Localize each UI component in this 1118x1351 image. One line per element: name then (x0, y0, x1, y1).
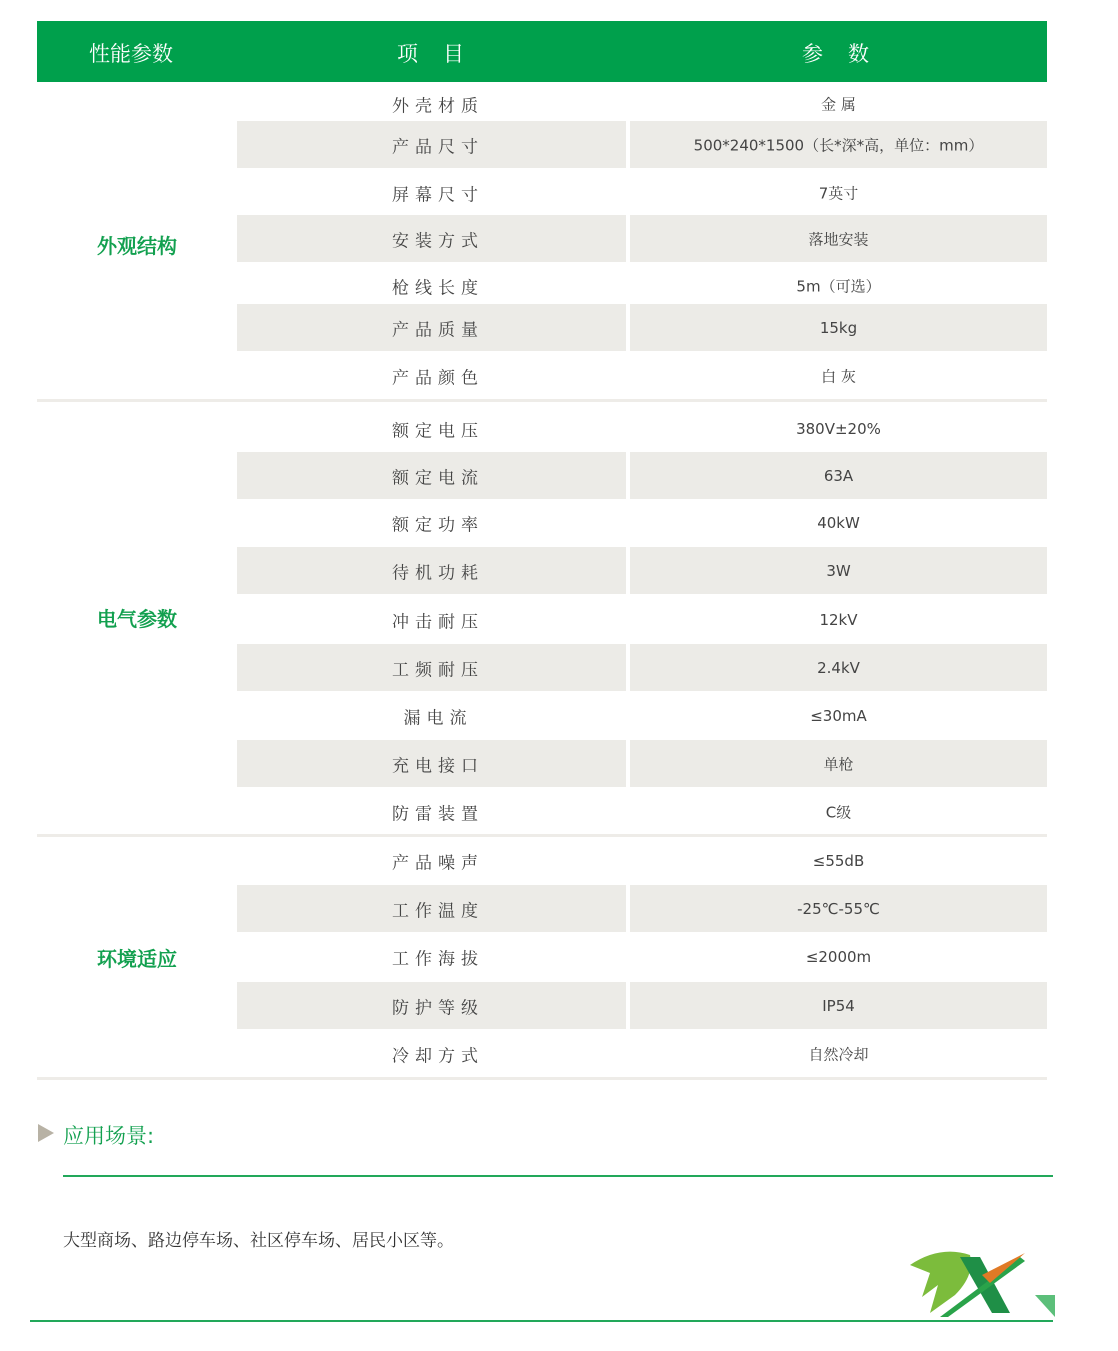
value-label: 2.4kV (630, 659, 1047, 677)
section-divider (37, 834, 1047, 837)
item-label: 屏幕尺寸 (237, 180, 639, 205)
value-label: C级 (630, 801, 1047, 822)
table-row: 产品颜色白 灰 (0, 352, 1118, 399)
item-label: 外壳材质 (237, 91, 639, 116)
item-label: 冷却方式 (237, 1041, 639, 1066)
section-divider (37, 399, 1047, 402)
item-label: 安装方式 (237, 226, 639, 251)
table-row: 防护等级IP54 (0, 982, 1118, 1029)
item-label: 防雷装置 (237, 799, 639, 824)
table-bottom-border (37, 1077, 1047, 1080)
table-row: 工频耐压2.4kV (0, 644, 1118, 691)
item-label: 额定电流 (237, 463, 639, 488)
value-label: 15kg (630, 319, 1047, 337)
item-label: 枪线长度 (237, 273, 639, 298)
value-label: 7英寸 (630, 182, 1047, 203)
value-label: -25℃-55℃ (630, 900, 1047, 918)
value-label: 5m（可选） (630, 275, 1047, 296)
header-category: 性能参数 (89, 38, 173, 68)
item-label: 工作温度 (237, 896, 639, 921)
value-label: 12kV (630, 611, 1047, 629)
value-label: 金 属 (630, 93, 1047, 114)
table-row: 工作温度-25℃-55℃ (0, 885, 1118, 932)
item-label: 产品颜色 (237, 363, 639, 388)
triangle-bullet-icon (38, 1124, 54, 1142)
category-environment: 环境适应 (37, 943, 237, 972)
item-label: 冲击耐压 (237, 607, 639, 632)
table-row: 额定电流63A (0, 452, 1118, 499)
dx-logo-icon (900, 1245, 1060, 1325)
table-row: 额定功率40kW (0, 499, 1118, 546)
item-label: 漏电流 (237, 703, 639, 728)
value-label: 63A (630, 467, 1047, 485)
value-label: 380V±20% (630, 420, 1047, 438)
scene-text: 大型商场、路边停车场、社区停车场、居民小区等。 (63, 1226, 454, 1251)
value-label: 自然冷却 (630, 1043, 1047, 1064)
category-electrical: 电气参数 (37, 603, 237, 632)
table-row: 外壳材质金 属 (0, 80, 1118, 127)
header-param: 参 数 (802, 38, 871, 68)
table-row: 额定电压380V±20% (0, 405, 1118, 452)
item-label: 额定功率 (237, 510, 639, 535)
value-label: 落地安装 (630, 228, 1047, 249)
value-label: 白 灰 (630, 365, 1047, 386)
table-row: 产品尺寸500*240*1500（长*深*高，单位：mm） (0, 121, 1118, 168)
scene-title: 应用场景: (63, 1120, 154, 1150)
item-label: 防护等级 (237, 993, 639, 1018)
footer-divider (30, 1320, 1053, 1322)
header-item: 项 目 (397, 38, 466, 68)
table-row: 产品质量15kg (0, 304, 1118, 351)
table-row: 产品噪声≤55dB (0, 837, 1118, 884)
value-label: 单枪 (630, 753, 1047, 774)
table-header: 性能参数 项 目 参 数 (37, 21, 1047, 82)
table-row: 屏幕尺寸7英寸 (0, 169, 1118, 216)
item-label: 待机功耗 (237, 558, 639, 583)
value-label: 3W (630, 562, 1047, 580)
item-label: 产品尺寸 (237, 132, 639, 157)
value-label: ≤30mA (630, 707, 1047, 725)
value-label: 40kW (630, 514, 1047, 532)
value-label: ≤2000m (630, 948, 1047, 966)
table-row: 防雷装置C级 (0, 788, 1118, 835)
item-label: 工频耐压 (237, 655, 639, 680)
table-row: 漏电流≤30mA (0, 692, 1118, 739)
value-label: 500*240*1500（长*深*高，单位：mm） (630, 134, 1047, 155)
value-label: IP54 (630, 997, 1047, 1015)
category-appearance: 外观结构 (37, 230, 237, 259)
table-row: 冷却方式自然冷却 (0, 1030, 1118, 1077)
table-row: 枪线长度5m（可选） (0, 262, 1118, 309)
item-label: 额定电压 (237, 416, 639, 441)
item-label: 产品质量 (237, 315, 639, 340)
item-label: 充电接口 (237, 751, 639, 776)
item-label: 产品噪声 (237, 848, 639, 873)
item-label: 工作海拔 (237, 944, 639, 969)
table-row: 充电接口单枪 (0, 740, 1118, 787)
scene-divider (63, 1175, 1053, 1177)
table-row: 待机功耗3W (0, 547, 1118, 594)
value-label: ≤55dB (630, 852, 1047, 870)
